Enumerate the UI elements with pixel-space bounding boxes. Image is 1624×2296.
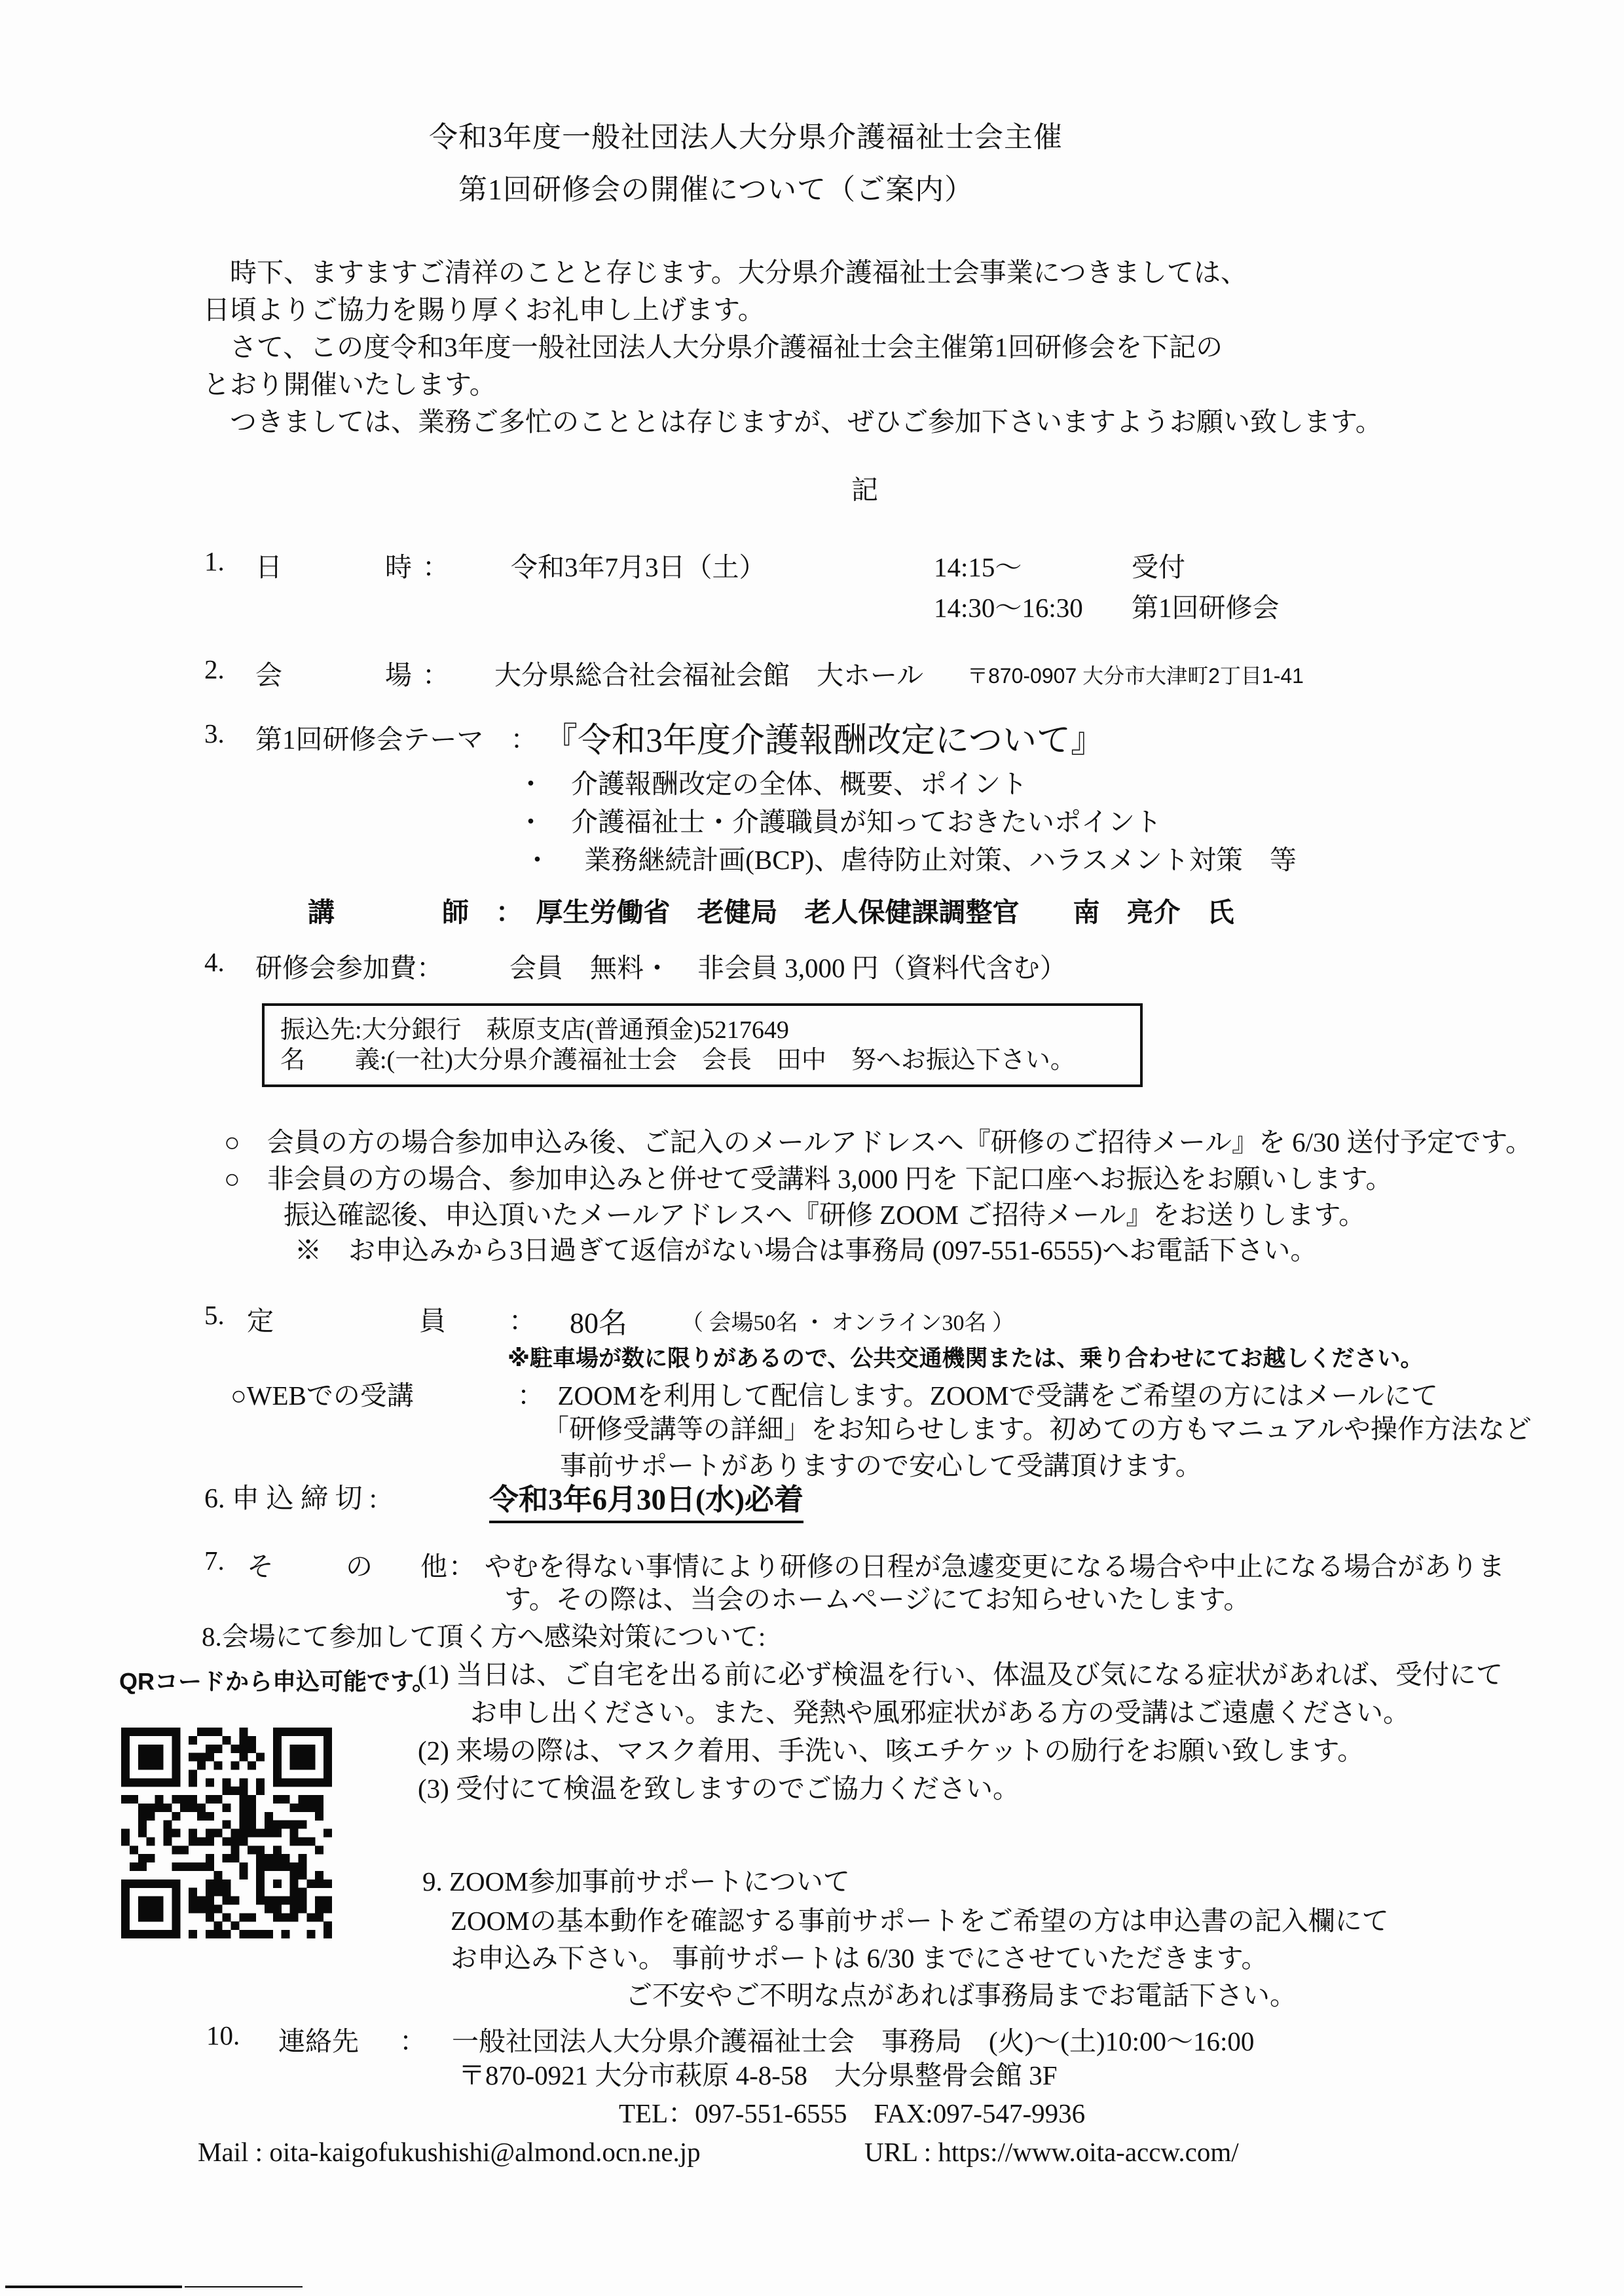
- item-number: 3.: [204, 718, 225, 749]
- schedule-key1: 日: [255, 546, 282, 584]
- page-title-line1: 令和3年度一般社団法人大分県介護福祉士会主催: [429, 119, 1063, 155]
- item-number: 10.: [206, 2020, 240, 2051]
- note-reply: ※ お申込みから3日過ぎて返信がない場合は事務局 (097-551-6555)へ…: [295, 1234, 1317, 1267]
- item-number: 4.: [204, 946, 225, 978]
- contact-url-link[interactable]: URL : https://www.oita-accw.com/: [864, 2136, 1239, 2168]
- parking-note: ※駐車場が数に限りがあるので、公共交通機関または、乗り合わせにてお越しください。: [507, 1344, 1423, 1373]
- schedule-time1: 14:15～: [934, 546, 1022, 584]
- item-number: 5.: [204, 1299, 225, 1331]
- note-confirm: 振込確認後、申込頂いたメールアドレスへ『研修 ZOOM ご招待メール』をお送りし…: [284, 1198, 1365, 1232]
- infection-line2: お申し出ください。また、発熱や風邪症状がある方の受講はご遠慮ください。: [470, 1696, 1410, 1730]
- document-page: 令和3年度一般社団法人大分県介護福祉士会主催 第1回研修会の開催について（ご案内…: [0, 0, 1624, 2296]
- fee-label: 研修会参加費：: [255, 946, 443, 985]
- capacity-key2: 員: [419, 1299, 446, 1338]
- scan-artifact-line: [5, 2286, 182, 2288]
- zoom-support-line2: お申込み下さい。 事前サポートは 6/30 までにさせていただきます。: [451, 1942, 1268, 1975]
- zoom-support-line3: ご不安やご不明な点があれば事務局までお電話下さい。: [625, 1979, 1297, 2012]
- other-key1: そ: [247, 1545, 274, 1583]
- other-key2: の: [346, 1545, 373, 1583]
- other-key3: 他: [420, 1545, 447, 1583]
- bank-holder-line: 名 義:(一社)大分県介護福祉士会 会長 田中 努へお振込下さい。: [280, 1045, 1140, 1075]
- schedule-label2: 第1回研修会: [1132, 586, 1280, 625]
- schedule-colon: ：: [422, 546, 449, 584]
- capacity-key1: 定: [247, 1299, 274, 1338]
- schedule-label1: 受付: [1132, 546, 1185, 584]
- contact-mail-link[interactable]: Mail : oita-kaigofukushishi@almond.ocn.n…: [198, 2136, 701, 2168]
- contact-label: 連絡先: [278, 2020, 359, 2058]
- record-mark: 記: [851, 473, 878, 507]
- greeting-paragraph: 時下、ますますご清祥のことと存じます。大分県介護福祉士会事業につきましては、 日…: [203, 254, 1382, 441]
- schedule-time2: 14:30～16:30: [934, 586, 1083, 625]
- theme-title: 『令和3年度介護報酬改定について』: [544, 713, 1105, 762]
- fee-text: 会員 無料・ 非会員 3,000 円（資料代含む）: [509, 946, 1067, 985]
- other-text1: やむを得ない事情により研修の日程が急遽変更になる場合や中止になる場合がありま: [485, 1545, 1505, 1583]
- item-number: 7.: [204, 1545, 225, 1576]
- qr-caption: QRコードから申込可能です。: [119, 1667, 435, 1696]
- infection-line3: (2) 来場の際は、マスク着用、手洗い、咳エチケットの励行をお願い致します。: [418, 1734, 1364, 1768]
- bank-account-line: 振込先:大分銀行 萩原支店(普通預金)5217649: [280, 1015, 1140, 1045]
- greeting-line: さて、この度令和3年度一般社団法人大分県介護福祉士会主催第1回研修会を下記の: [203, 329, 1382, 366]
- infection-line4: (3) 受付にて検温を致しますのでご協力ください。: [418, 1772, 1020, 1805]
- scan-artifact-line: [185, 2286, 303, 2287]
- venue-name: 大分県総合社会福祉会館 大ホール: [494, 654, 923, 692]
- web-text1: ： ZOOMを利用して配信します。ZOOMで受講をご希望の方にはメールにて: [517, 1374, 1438, 1413]
- zoom-support-heading: 9. ZOOM参加事前サポートについて: [422, 1865, 850, 1898]
- contact-org: 一般社団法人大分県介護福祉士会 事務局 (火)～(土)10:00～16:00: [452, 2020, 1254, 2058]
- theme-bullet: ・ 業務継続計画(BCP)、虐待防止対策、ハラスメント対策 等: [524, 843, 1297, 877]
- item-number: 1.: [204, 546, 225, 577]
- theme-bullet: ・ 介護福祉士・介護職員が知っておきたいポイント: [517, 805, 1162, 839]
- venue-key1: 会: [255, 654, 282, 692]
- greeting-line: 日頃よりご協力を賜り厚くお礼申し上げます。: [203, 291, 1382, 329]
- bank-transfer-box: 振込先:大分銀行 萩原支店(普通預金)5217649 名 義:(一社)大分県介護…: [262, 1003, 1143, 1087]
- greeting-line: つきましては、業務ご多忙のこととは存じますが、ぜひご参加下さいますようお願い致し…: [203, 403, 1382, 441]
- contact-colon: ：: [399, 2020, 426, 2058]
- contact-address: 〒870-0921 大分市萩原 4-8-58 大分県整骨会館 3F: [458, 2059, 1058, 2092]
- contact-tel-fax: TEL：097-551-6555 FAX:097-547-9936: [619, 2097, 1085, 2130]
- schedule-date: 令和3年7月3日（土）: [511, 546, 766, 584]
- venue-key2: 場: [385, 654, 412, 692]
- note-nonmember: ○ 非会員の方の場合、参加申込みと併せて受講料 3,000 円を 下記口座へお振…: [224, 1162, 1392, 1196]
- greeting-line: 時下、ますますご清祥のことと存じます。大分県介護福祉士会事業につきましては、: [203, 254, 1382, 291]
- zoom-support-line1: ZOOMの基本動作を確認する事前サポートをご希望の方は申込書の記入欄にて: [451, 1904, 1389, 1938]
- capacity-detail: （ 会場50名 ・ オンライン30名 ）: [681, 1305, 1014, 1337]
- web-label: ○WEBでの受講: [231, 1374, 414, 1413]
- lecturer-line: 講 師 ： 厚生労働省 老健局 老人保健課調整官 南 亮介 氏: [308, 896, 1234, 929]
- schedule-key2: 時: [385, 546, 412, 584]
- item-number: 2.: [204, 654, 225, 685]
- greeting-line: とおり開催いたします。: [203, 366, 1382, 403]
- other-colon: ：: [449, 1545, 475, 1583]
- infection-line1: (1) 当日は、ご自宅を出る前に必ず検温を行い、体温及び気になる症状があれば、受…: [418, 1658, 1503, 1692]
- note-member: ○ 会員の方の場合参加申込み後、ご記入のメールアドレスへ『研修のご招待メール』を…: [224, 1126, 1532, 1159]
- qr-code: [121, 1728, 332, 1938]
- page-title-line2: 第1回研修会の開催について（ご案内）: [458, 172, 974, 208]
- theme-bullet: ・ 介護報酬改定の全体、概要、ポイント: [517, 768, 1027, 801]
- capacity-colon: ：: [509, 1299, 536, 1338]
- deadline-label: 6. 申 込 締 切 :: [204, 1477, 377, 1516]
- web-text2: 「研修受講等の詳細」をお知らせします。初めての方もマニュアルや操作方法など: [542, 1413, 1532, 1446]
- theme-label: 第1回研修会テーマ ：: [255, 718, 538, 756]
- infection-heading: 8.会場にて参加して頂く方へ感染対策について:: [202, 1620, 766, 1654]
- deadline-date: 令和3年6月30日(水)必着: [489, 1475, 803, 1523]
- venue-colon: ：: [422, 654, 449, 692]
- capacity-count: 80名: [570, 1299, 627, 1341]
- venue-address: 〒870-0907 大分市大津町2丁目1-41: [967, 659, 1304, 690]
- other-text2: す。その際は、当会のホームページにてお知らせいたします。: [504, 1583, 1250, 1616]
